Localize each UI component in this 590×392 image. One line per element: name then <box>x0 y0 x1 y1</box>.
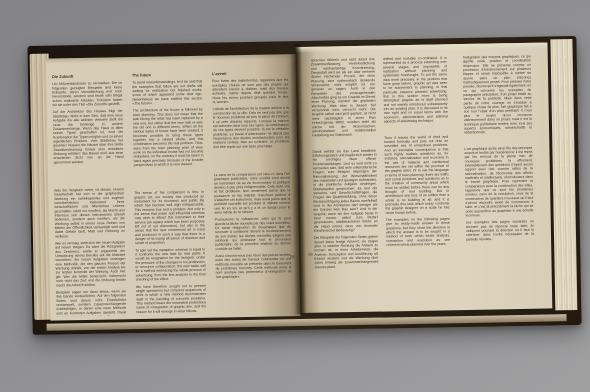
right-column-german: sprachen Wirbeln und nicht damit ihre Zu… <box>311 58 380 309</box>
paragraph: To avoid misunderstandings, let it be sa… <box>132 80 202 106</box>
left-page: Die Zukunft Um Mißverständnisse zu verme… <box>46 54 301 321</box>
paragraph: Die Beispiele der folgenden Seiten geben… <box>314 235 379 270</box>
section-break <box>213 151 289 173</box>
paragraph: l'intégration des moyens graphiques, ce … <box>463 55 532 135</box>
left-column-german: Die Zukunft Um Mißverständnisse zu verme… <box>52 73 126 316</box>
left-column-english: The future To avoid misunderstandings, l… <box>132 72 206 315</box>
paragraph: The examples on the following pages give… <box>386 217 451 247</box>
paragraph: L'art graphique quitte ainsi l'île des p… <box>464 146 533 218</box>
right-column-english: unified and mutually co-ordinated. It is… <box>383 56 452 307</box>
heading-german: Die Zukunft <box>52 73 122 79</box>
page-number-right: 89 <box>308 253 312 257</box>
paragraph: sprachen Wirbeln und nicht damit ihre Zu… <box>311 58 376 138</box>
photo-background: Die Zukunft Um Mißverständnisse zu verme… <box>0 0 590 392</box>
right-column-french: l'intégration des moyens graphiques, ce … <box>463 55 536 306</box>
section-break <box>54 167 124 189</box>
paragraph: Pour éviter des malentendus, rappelons q… <box>212 78 288 104</box>
paragraph: Wer es vermag, stellt sich der neuen Auf… <box>55 241 126 288</box>
open-book: Die Zukunft Um Mißverständnisse zu verme… <box>34 41 571 325</box>
paragraph: To spin out the metaphor: whoever is equ… <box>135 248 206 283</box>
paragraph: unified and mutually co-ordinated. It is… <box>383 56 448 124</box>
heading-french: L'avenir <box>212 70 288 76</box>
heading-english: The future <box>132 72 202 78</box>
paragraph: We have therefore sought not to present … <box>136 284 207 314</box>
paragraph: The sense of the comparison is this: In … <box>134 190 205 246</box>
paragraph: The architecture of the house is followe… <box>133 108 204 168</box>
paragraph: Damit verläßt sie das Land bewährter Erf… <box>312 149 378 234</box>
section-break <box>134 169 204 191</box>
paragraph: Poursuivons la métaphore: celui qui le p… <box>215 217 292 252</box>
paragraph: Um Mißverständnisse zu vermeiden: Die im… <box>52 81 122 107</box>
paragraph: Le sens de la comparaison est celui-ci: … <box>214 172 291 215</box>
paragraph: Thus it leaves the world of tried and tr… <box>384 135 449 215</box>
right-page: sprachen Wirbeln und nicht damit ihre Zu… <box>296 42 553 313</box>
paragraph: Aussi n'avons-nous pas réuni des pièces … <box>215 253 291 279</box>
paragraph: Les exemples des pages suivantes ne donn… <box>466 220 534 242</box>
paragraph: L'étude de l'architecture de la maison a… <box>213 106 290 149</box>
paragraph: Was der Vergleich meint, ist dieses: Uns… <box>54 188 125 239</box>
left-column-french: L'avenir Pour éviter des malentendus, ra… <box>212 70 292 313</box>
paragraph: Beispiele sagen nur dann etwas, wenn sie… <box>56 290 126 317</box>
paragraph: Auf die Architektur des Hauses folgt der… <box>53 110 124 166</box>
